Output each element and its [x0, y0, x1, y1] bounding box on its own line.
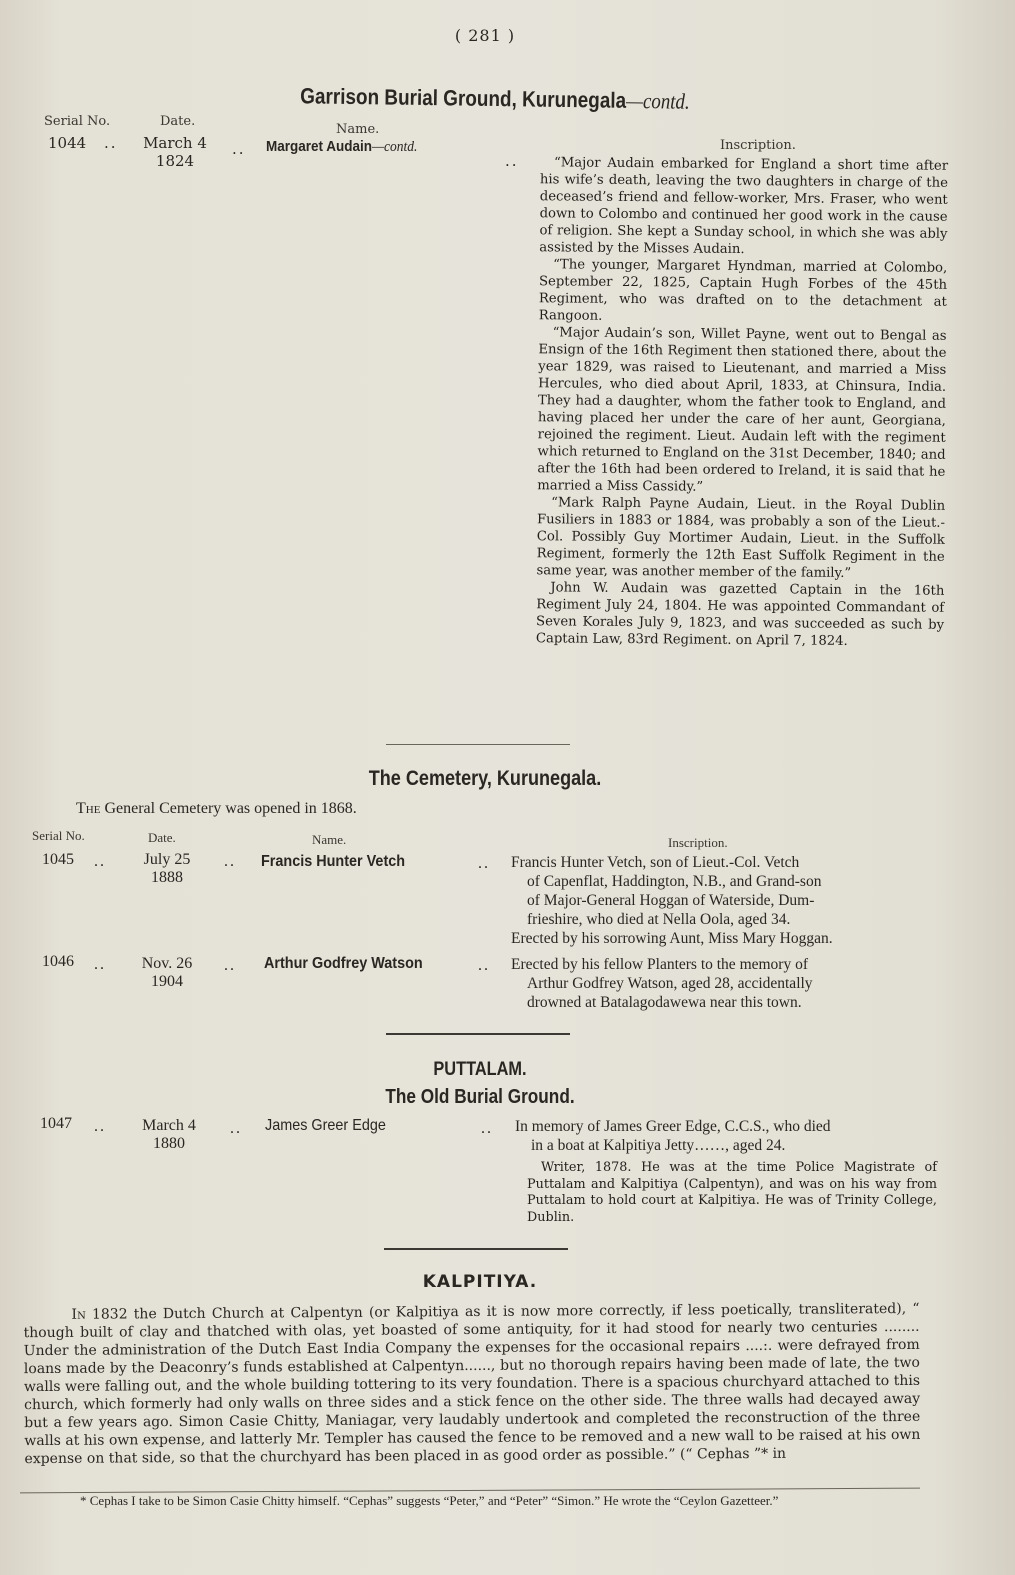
entry-date-day: March 4	[140, 134, 210, 152]
entry-date: March 4 1824	[140, 134, 210, 170]
inscription-line: of Major-General Hoggan of Waterside, Du…	[511, 891, 941, 910]
entry-date: Nov. 26 1904	[130, 955, 204, 991]
entry-name: James Greer Edge	[265, 1117, 386, 1135]
column-header-serial: Serial No.	[32, 828, 85, 844]
entry-date-day: July 25	[130, 851, 204, 869]
section-title-cemetery: The Cemetery, Kurunegala.	[309, 767, 662, 791]
column-header-date: Date.	[160, 114, 195, 129]
separator: ..	[94, 853, 106, 871]
note-paragraph: Writer, 1878. He was at the time Police …	[527, 1160, 937, 1226]
section-title-puttalam: PUTTALAM.	[394, 1059, 566, 1081]
inscription-line: frieshire, who died at Nella Oola, aged …	[511, 910, 941, 929]
kalpitiya-paragraph: In 1832 the Dutch Church at Calpentyn (o…	[23, 1300, 920, 1468]
entry-date-year: 1880	[132, 1135, 206, 1153]
entry-inscription: In memory of James Greer Edge, C.C.S., w…	[515, 1117, 945, 1155]
column-header-name: Name.	[312, 832, 346, 848]
entry-name: Francis Hunter Vetch	[261, 853, 405, 871]
separator: ..	[104, 134, 118, 152]
entry-date-day: March 4	[132, 1117, 206, 1135]
paragraph-body: 1832 the Dutch Church at Calpentyn (or K…	[24, 1301, 921, 1467]
entry-date-year: 1888	[130, 869, 204, 887]
inscription-paragraph: “Major Audain embarked for England a sho…	[539, 154, 948, 260]
inscription-line: of Capenflat, Haddington, N.B., and Gran…	[511, 872, 941, 891]
entry-name: Margaret Audain—contd.	[266, 138, 417, 156]
separator: ..	[230, 1120, 242, 1138]
entry-inscription: Erected by his fellow Planters to the me…	[511, 955, 941, 1012]
separator: ..	[478, 855, 490, 873]
inscription-line: Arthur Godfrey Watson, aged 28, accident…	[511, 974, 941, 993]
entry-inscription: Francis Hunter Vetch, son of Lieut.-Col.…	[511, 853, 941, 948]
divider	[386, 1033, 570, 1035]
entry-note: Writer, 1878. He was at the time Police …	[527, 1160, 937, 1226]
entry-date-year: 1824	[140, 152, 210, 170]
column-header-name: Name.	[336, 122, 379, 137]
section-title-suffix: —contd.	[626, 88, 690, 114]
separator: ..	[478, 957, 490, 975]
separator: ..	[481, 1120, 493, 1138]
inscription-paragraph: “The younger, Margaret Hyndman, married …	[539, 256, 948, 328]
separator: ..	[224, 853, 236, 871]
footnote: * Cephas I take to be Simon Casie Chitty…	[24, 1493, 914, 1509]
inscription-line: drowned at Batalagodawewa near this town…	[511, 993, 941, 1012]
intro-lead: The	[76, 800, 100, 817]
inscription-paragraph: “Major Audain’s son, Willet Payne, went …	[537, 324, 946, 498]
section-title-text: Garrison Burial Ground, Kurunegala	[300, 83, 626, 113]
divider	[386, 744, 570, 745]
inscription-line: in a boat at Kalpitiya Jetty……, aged 24.	[515, 1136, 945, 1155]
entry-name-suffix: —contd.	[372, 139, 417, 155]
inscription-line: Erected by his fellow Planters to the me…	[511, 955, 941, 974]
entry-serial: 1047	[40, 1115, 72, 1133]
column-header-serial: Serial No.	[44, 114, 110, 129]
entry-serial: 1045	[42, 851, 74, 869]
inscription-paragraph: John W. Audain was gazetted Captain in t…	[536, 579, 945, 651]
separator: ..	[505, 152, 519, 170]
column-header-inscription: Inscription.	[668, 835, 728, 851]
entry-date-day: Nov. 26	[130, 955, 204, 973]
section-title-garrison: Garrison Burial Ground, Kurunegala—contd…	[241, 82, 749, 115]
section-title-kalpitiya: KALPITIYA.	[380, 1272, 580, 1292]
entry-date: March 4 1880	[132, 1117, 206, 1153]
section-subtitle-old-burial-ground: The Old Burial Ground.	[342, 1086, 617, 1109]
entry-serial: 1046	[42, 953, 74, 971]
inscription-line: In memory of James Greer Edge, C.C.S., w…	[515, 1117, 945, 1136]
entry-inscription: “Major Audain embarked for England a sho…	[536, 154, 948, 651]
divider	[384, 1248, 568, 1250]
separator: ..	[232, 140, 246, 158]
inscription-paragraph: “Mark Ralph Payne Audain, Lieut. in the …	[536, 494, 945, 583]
entry-serial: 1044	[48, 134, 86, 152]
page-number: ( 281 )	[0, 26, 970, 45]
entry-name: Arthur Godfrey Watson	[264, 955, 423, 973]
inscription-line: Erected by his sorrowing Aunt, Miss Mary…	[511, 929, 941, 948]
intro-text: General Cemetery was opened in 1868.	[100, 800, 356, 817]
column-header-date: Date.	[148, 830, 176, 846]
separator: ..	[94, 956, 106, 974]
separator: ..	[94, 1118, 106, 1136]
column-header-inscription: Inscription.	[720, 138, 796, 153]
inscription-line: Francis Hunter Vetch, son of Lieut.-Col.…	[511, 853, 941, 872]
paragraph-lead: In	[71, 1307, 85, 1323]
separator: ..	[224, 957, 236, 975]
cemetery-intro: The General Cemetery was opened in 1868.	[76, 800, 357, 818]
entry-date-year: 1904	[130, 973, 204, 991]
entry-date: July 25 1888	[130, 851, 204, 887]
entry-name-text: Margaret Audain	[266, 138, 372, 155]
